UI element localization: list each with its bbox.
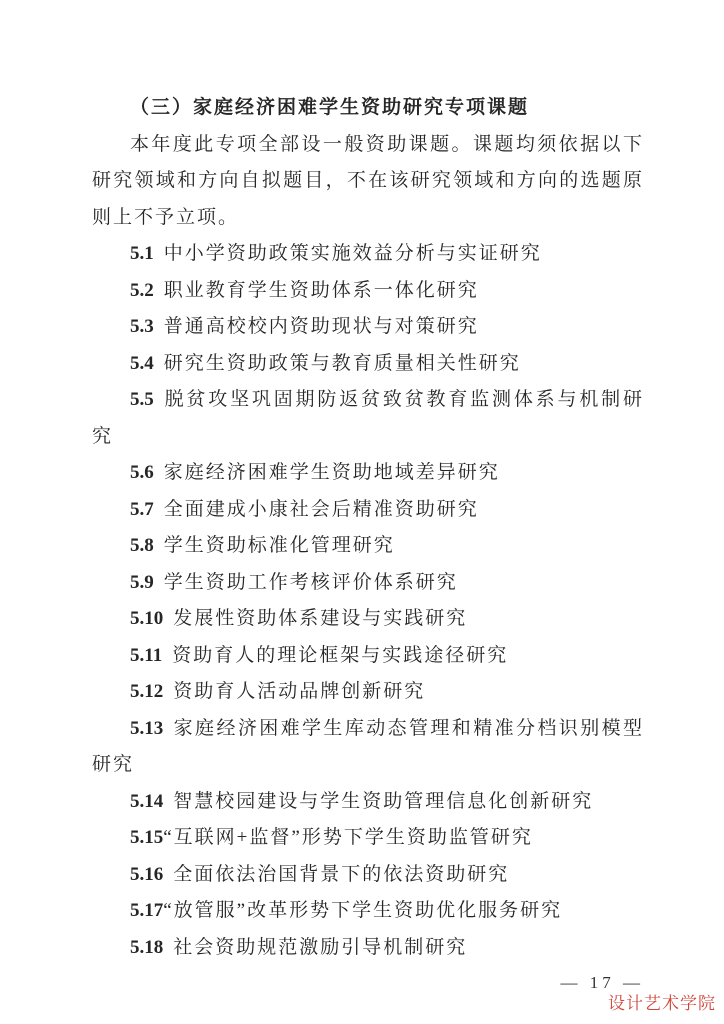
item-text: 家庭经济困难学生资助地域差异研究: [164, 462, 500, 483]
item-text: 智慧校园建设与学生资助管理信息化创新研究: [173, 791, 593, 812]
item-text: 社会资助规范激励引导机制研究: [173, 937, 467, 958]
item-number: 5.9: [130, 572, 154, 593]
item-text: 学生资助标准化管理研究: [164, 535, 395, 556]
item-text: “放管服”改革形势下学生资助优化服务研究: [163, 900, 562, 921]
list-item: 5.13家庭经济困难学生库动态管理和精准分档识别模型研究: [92, 711, 644, 784]
list-item: 5.6家庭经济困难学生资助地域差异研究: [92, 455, 644, 492]
item-text: 研究生资助政策与教育质量相关性研究: [164, 353, 521, 374]
item-text: 资助育人活动品牌创新研究: [173, 681, 425, 702]
item-number: 5.7: [130, 499, 154, 520]
item-text: 资助育人的理论框架与实践途径研究: [172, 645, 508, 666]
item-text: 发展性资助体系建设与实践研究: [173, 608, 467, 629]
item-text: 中小学资助政策实施效益分析与实证研究: [164, 243, 542, 264]
item-number: 5.14: [130, 791, 163, 812]
section-heading: （三）家庭经济困难学生资助研究专项课题: [92, 90, 644, 127]
item-text: 脱贫攻坚巩固期防返贫致贫教育监测体系与机制研究: [92, 389, 644, 447]
item-number: 5.12: [130, 681, 163, 702]
list-item: 5.14智慧校园建设与学生资助管理信息化创新研究: [92, 784, 644, 821]
list-item: 5.15“互联网+监督”形势下学生资助监管研究: [92, 820, 644, 857]
item-text: 家庭经济困难学生库动态管理和精准分档识别模型研究: [92, 718, 644, 776]
item-text: 全面建成小康社会后精准资助研究: [164, 499, 479, 520]
intro-paragraph: 本年度此专项全部设一般资助课题。课题均须依据以下研究领域和方向自拟题目，不在该研…: [92, 127, 644, 237]
item-number: 5.17: [130, 900, 163, 921]
list-item: 5.17“放管服”改革形势下学生资助优化服务研究: [92, 893, 644, 930]
document-page: （三）家庭经济困难学生资助研究专项课题 本年度此专项全部设一般资助课题。课题均须…: [0, 0, 724, 1024]
list-item: 5.1中小学资助政策实施效益分析与实证研究: [92, 236, 644, 273]
item-number: 5.15: [130, 827, 163, 848]
list-item: 5.7全面建成小康社会后精准资助研究: [92, 492, 644, 529]
list-item: 5.11资助育人的理论框架与实践途径研究: [92, 638, 644, 675]
item-number: 5.6: [130, 462, 154, 483]
list-item: 5.4研究生资助政策与教育质量相关性研究: [92, 346, 644, 383]
item-number: 5.4: [130, 353, 154, 374]
item-number: 5.10: [130, 608, 163, 629]
item-number: 5.16: [130, 864, 163, 885]
item-text: 职业教育学生资助体系一体化研究: [164, 280, 479, 301]
list-item: 5.2职业教育学生资助体系一体化研究: [92, 273, 644, 310]
list-item: 5.8学生资助标准化管理研究: [92, 528, 644, 565]
item-text: 全面依法治国背景下的依法资助研究: [173, 864, 509, 885]
list-item: 5.18社会资助规范激励引导机制研究: [92, 930, 644, 967]
item-number: 5.3: [130, 316, 154, 337]
topic-list: 5.1中小学资助政策实施效益分析与实证研究 5.2职业教育学生资助体系一体化研究…: [92, 236, 644, 966]
page-number: — 17 —: [92, 966, 644, 998]
watermark-text: 设计艺术学院: [608, 989, 716, 1014]
item-text: “互联网+监督”形势下学生资助监管研究: [163, 827, 533, 848]
list-item: 5.9学生资助工作考核评价体系研究: [92, 565, 644, 602]
item-number: 5.8: [130, 535, 154, 556]
list-item: 5.12资助育人活动品牌创新研究: [92, 674, 644, 711]
item-number: 5.5: [130, 389, 154, 410]
list-item: 5.3普通高校校内资助现状与对策研究: [92, 309, 644, 346]
item-text: 普通高校校内资助现状与对策研究: [164, 316, 479, 337]
item-number: 5.18: [130, 937, 163, 958]
list-item: 5.5脱贫攻坚巩固期防返贫致贫教育监测体系与机制研究: [92, 382, 644, 455]
item-number: 5.1: [130, 243, 154, 264]
item-number: 5.11: [130, 645, 162, 666]
list-item: 5.16全面依法治国背景下的依法资助研究: [92, 857, 644, 894]
item-number: 5.2: [130, 280, 154, 301]
item-text: 学生资助工作考核评价体系研究: [164, 572, 458, 593]
list-item: 5.10发展性资助体系建设与实践研究: [92, 601, 644, 638]
item-number: 5.13: [130, 718, 163, 739]
